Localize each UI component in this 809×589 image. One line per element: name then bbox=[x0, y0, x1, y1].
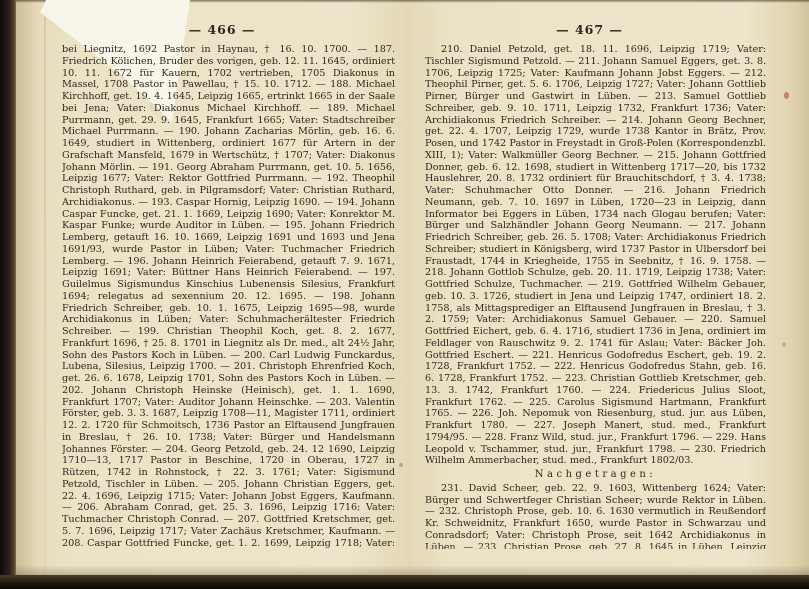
right-body-main-paragraph: 210. Daniel Petzold, get. 18. 11. 1696, … bbox=[425, 44, 766, 467]
page-left-466: — 466 — bei Liegnitz, 1692 Pastor in Hay… bbox=[16, 0, 404, 575]
stain-mark bbox=[784, 92, 789, 99]
stain-mark bbox=[782, 342, 786, 347]
book-scan: — 466 — bei Liegnitz, 1692 Pastor in Hay… bbox=[0, 0, 809, 589]
scan-edge-left bbox=[0, 0, 16, 589]
page-left-body: bei Liegnitz, 1692 Pastor in Haynau, † 1… bbox=[62, 44, 395, 549]
left-body-paragraph: bei Liegnitz, 1692 Pastor in Haynau, † 1… bbox=[62, 44, 395, 549]
stain-mark bbox=[399, 463, 403, 467]
page-right-467: — 467 — 210. Daniel Petzold, get. 18. 11… bbox=[404, 0, 789, 575]
right-body-addendum-paragraph: 231. David Scheer, geb. 22. 9. 1603, Wit… bbox=[425, 483, 766, 549]
page-number-left: — 466 — bbox=[16, 22, 404, 37]
page-right-body: 210. Daniel Petzold, get. 18. 11. 1696, … bbox=[425, 44, 766, 549]
scan-edge-bottom bbox=[0, 575, 809, 589]
page-number-right: — 467 — bbox=[404, 22, 789, 37]
section-heading-nachgetragen: Nachgetragen: bbox=[425, 469, 766, 481]
